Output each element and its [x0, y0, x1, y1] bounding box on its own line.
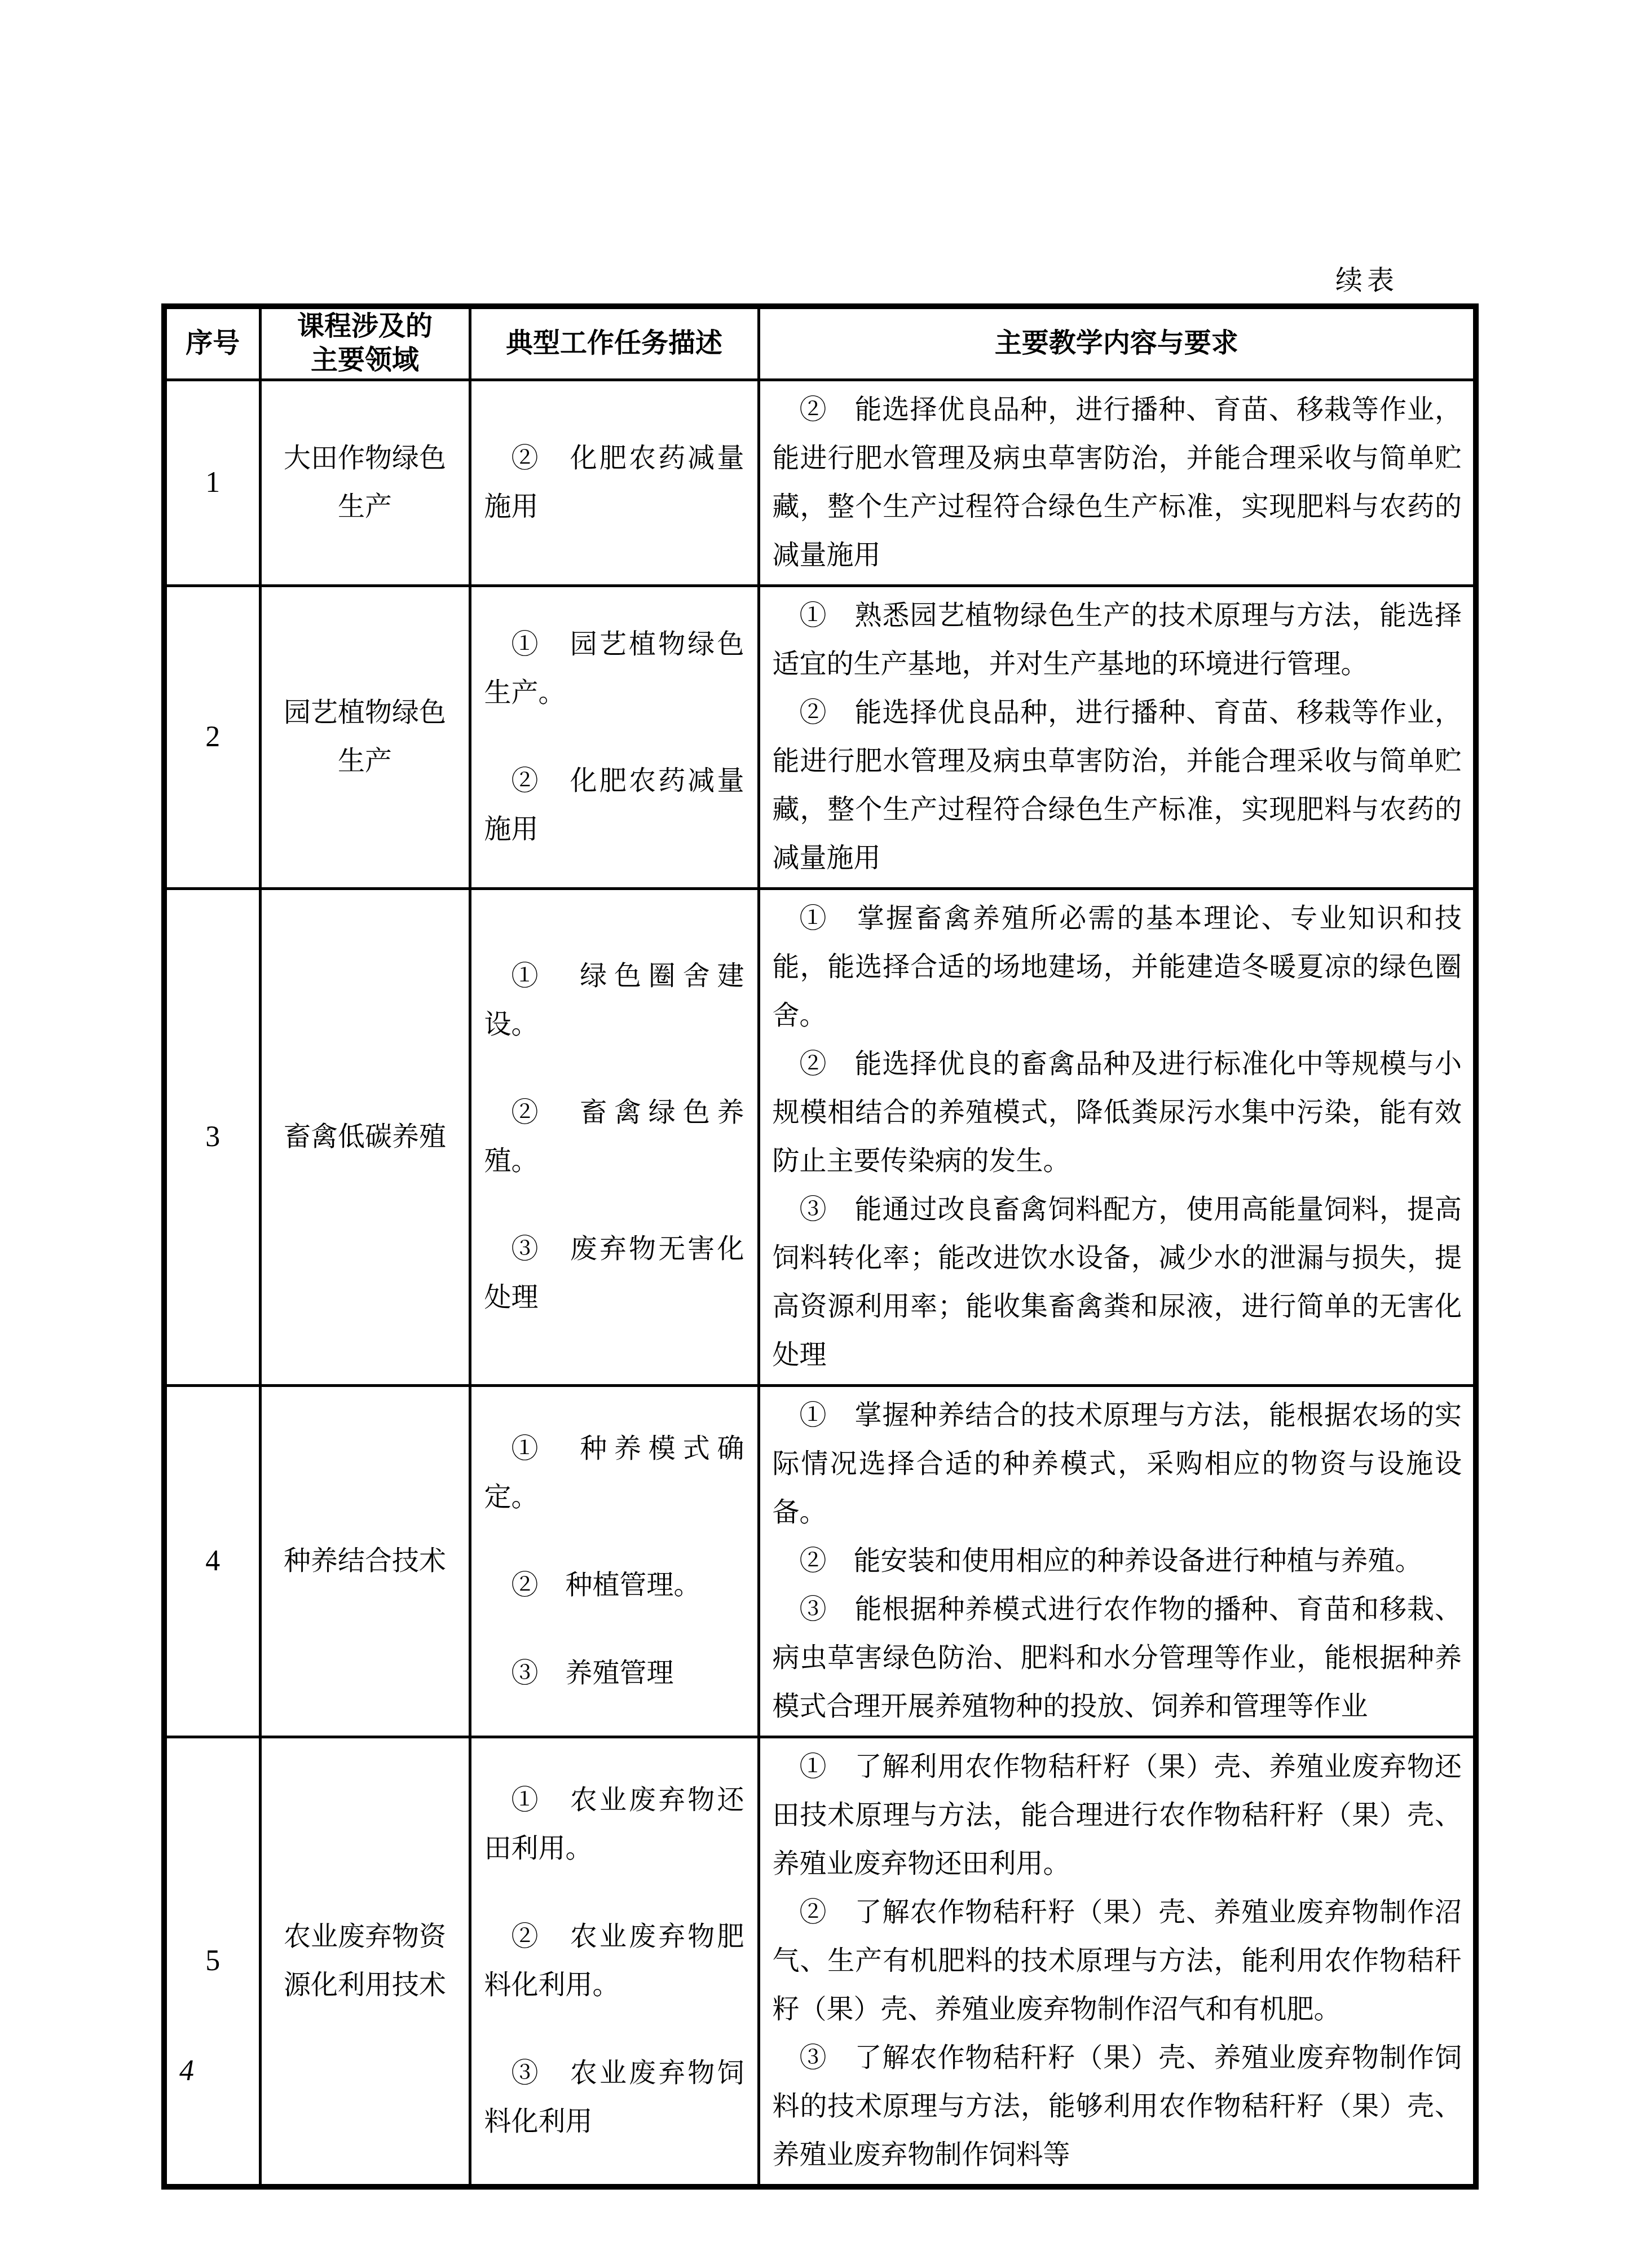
task-item: ③ 废弃物无害化处理 — [484, 1225, 744, 1322]
row-number: 3 — [164, 888, 260, 1385]
teaching-content: ② 能选择优良品种，进行播种、育苗、移栽等作业，能进行肥水管理及病虫草害防治，并… — [759, 380, 1476, 585]
course-area: 种养结合技术 — [260, 1385, 470, 1737]
page-number: 4 — [179, 2054, 194, 2088]
course-area: 农业废弃物资源化利用技术 — [260, 1737, 470, 2187]
table-row: 5 农业废弃物资源化利用技术 ① 农业废弃物还田利用。 ② 农业废弃物肥料化利用… — [164, 1737, 1476, 2187]
header-cell-tasks: 典型工作任务描述 — [470, 306, 759, 380]
table-row: 3 畜禽低碳养殖 ① 绿色圈舍建设。 ② 畜禽绿色养殖。 ③ 废弃物无害化处理 … — [164, 888, 1476, 1385]
task-list: ① 绿色圈舍建设。 ② 畜禽绿色养殖。 ③ 废弃物无害化处理 — [470, 888, 759, 1385]
row-number: 1 — [164, 380, 260, 585]
course-area: 大田作物绿色生产 — [260, 380, 470, 585]
teaching-content: ① 了解利用农作物秸秆籽（果）壳、养殖业废弃物还田技术原理与方法，能合理进行农作… — [759, 1737, 1476, 2187]
task-item: ② 化肥农药减量施用 — [484, 757, 744, 854]
task-item: ① 绿色圈舍建设。 — [484, 952, 744, 1049]
task-item: ① 农业废弃物还田利用。 — [484, 1776, 744, 1873]
teaching-content: ① 熟悉园艺植物绿色生产的技术原理与方法，能选择适宜的生产基地，并对生产基地的环… — [759, 585, 1476, 888]
task-item: ② 畜禽绿色养殖。 — [484, 1089, 744, 1186]
content-paragraph: ② 了解农作物秸秆籽（果）壳、养殖业废弃物制作沼气、生产有机肥料的技术原理与方法… — [773, 1888, 1462, 2034]
content-paragraph: ② 能安装和使用相应的种养设备进行种植与养殖。 — [773, 1537, 1462, 1586]
table-row: 4 种养结合技术 ① 种养模式确定。 ② 种植管理。 ③ 养殖管理 ① 掌握种养… — [164, 1385, 1476, 1737]
table-row: 2 园艺植物绿色生产 ① 园艺植物绿色生产。 ② 化肥农药减量施用 ① 熟悉园艺… — [164, 585, 1476, 888]
content-paragraph: ① 掌握畜禽养殖所必需的基本理论、专业知识和技能，能选择合适的场地建场，并能建造… — [773, 895, 1462, 1040]
task-item: ① 种养模式确定。 — [484, 1425, 744, 1522]
content-paragraph: ③ 能根据种养模式进行农作物的播种、育苗和移栽、病虫草害绿色防治、肥料和水分管理… — [773, 1586, 1462, 1731]
header-cell-content: 主要教学内容与要求 — [759, 306, 1476, 380]
task-item: ② 农业废弃物肥料化利用。 — [484, 1913, 744, 2010]
content-paragraph: ③ 能通过改良畜禽饲料配方，使用高能量饲料，提高饲料转化率；能改进饮水设备，减少… — [773, 1186, 1462, 1380]
row-number: 4 — [164, 1385, 260, 1737]
row-number: 2 — [164, 585, 260, 888]
teaching-content: ① 掌握畜禽养殖所必需的基本理论、专业知识和技能，能选择合适的场地建场，并能建造… — [759, 888, 1476, 1385]
content-paragraph: ① 熟悉园艺植物绿色生产的技术原理与方法，能选择适宜的生产基地，并对生产基地的环… — [773, 592, 1462, 689]
table-row: 1 大田作物绿色生产 ② 化肥农药减量施用 ② 能选择优良品种，进行播种、育苗、… — [164, 380, 1476, 585]
teaching-content: ① 掌握种养结合的技术原理与方法，能根据农场的实际情况选择合适的种养模式，采购相… — [759, 1385, 1476, 1737]
row-number: 5 — [164, 1737, 260, 2187]
continuation-label: 续表 — [1335, 258, 1399, 297]
course-table: 序号 课程涉及的 主要领域 典型工作任务描述 主要教学内容与要求 1 大田作物绿… — [161, 303, 1479, 2190]
content-paragraph: ② 能选择优良品种，进行播种、育苗、移栽等作业，能进行肥水管理及病虫草害防治，并… — [773, 386, 1462, 580]
header-cell-no: 序号 — [164, 306, 260, 380]
task-list: ① 园艺植物绿色生产。 ② 化肥农药减量施用 — [470, 585, 759, 888]
course-area: 畜禽低碳养殖 — [260, 888, 470, 1385]
task-item: ② 化肥农药减量施用 — [484, 434, 744, 531]
content-paragraph: ① 掌握种养结合的技术原理与方法，能根据农场的实际情况选择合适的种养模式，采购相… — [773, 1391, 1462, 1537]
header-cell-area: 课程涉及的 主要领域 — [260, 306, 470, 380]
task-item: ③ 养殖管理 — [484, 1649, 744, 1698]
task-item: ③ 农业废弃物饲料化利用 — [484, 2049, 744, 2146]
content-paragraph: ② 能选择优良的畜禽品种及进行标准化中等规模与小规模相结合的养殖模式，降低粪尿污… — [773, 1040, 1462, 1186]
content-paragraph: ③ 了解农作物秸秆籽（果）壳、养殖业废弃物制作饲料的技术原理与方法，能够利用农作… — [773, 2034, 1462, 2179]
content-paragraph: ① 了解利用农作物秸秆籽（果）壳、养殖业废弃物还田技术原理与方法，能合理进行农作… — [773, 1743, 1462, 1888]
table-header-row: 序号 课程涉及的 主要领域 典型工作任务描述 主要教学内容与要求 — [164, 306, 1476, 380]
content-paragraph: ② 能选择优良品种，进行播种、育苗、移栽等作业，能进行肥水管理及病虫草害防治，并… — [773, 689, 1462, 883]
task-list: ② 化肥农药减量施用 — [470, 380, 759, 585]
document-page: 续表 序号 课程涉及的 主要领域 典型工作任务描述 主要教学内容与要求 1 大田… — [0, 0, 1627, 2268]
task-list: ① 农业废弃物还田利用。 ② 农业废弃物肥料化利用。 ③ 农业废弃物饲料化利用 — [470, 1737, 759, 2187]
course-area: 园艺植物绿色生产 — [260, 585, 470, 888]
task-item: ① 园艺植物绿色生产。 — [484, 620, 744, 717]
task-item: ② 种植管理。 — [484, 1561, 744, 1610]
task-list: ① 种养模式确定。 ② 种植管理。 ③ 养殖管理 — [470, 1385, 759, 1737]
